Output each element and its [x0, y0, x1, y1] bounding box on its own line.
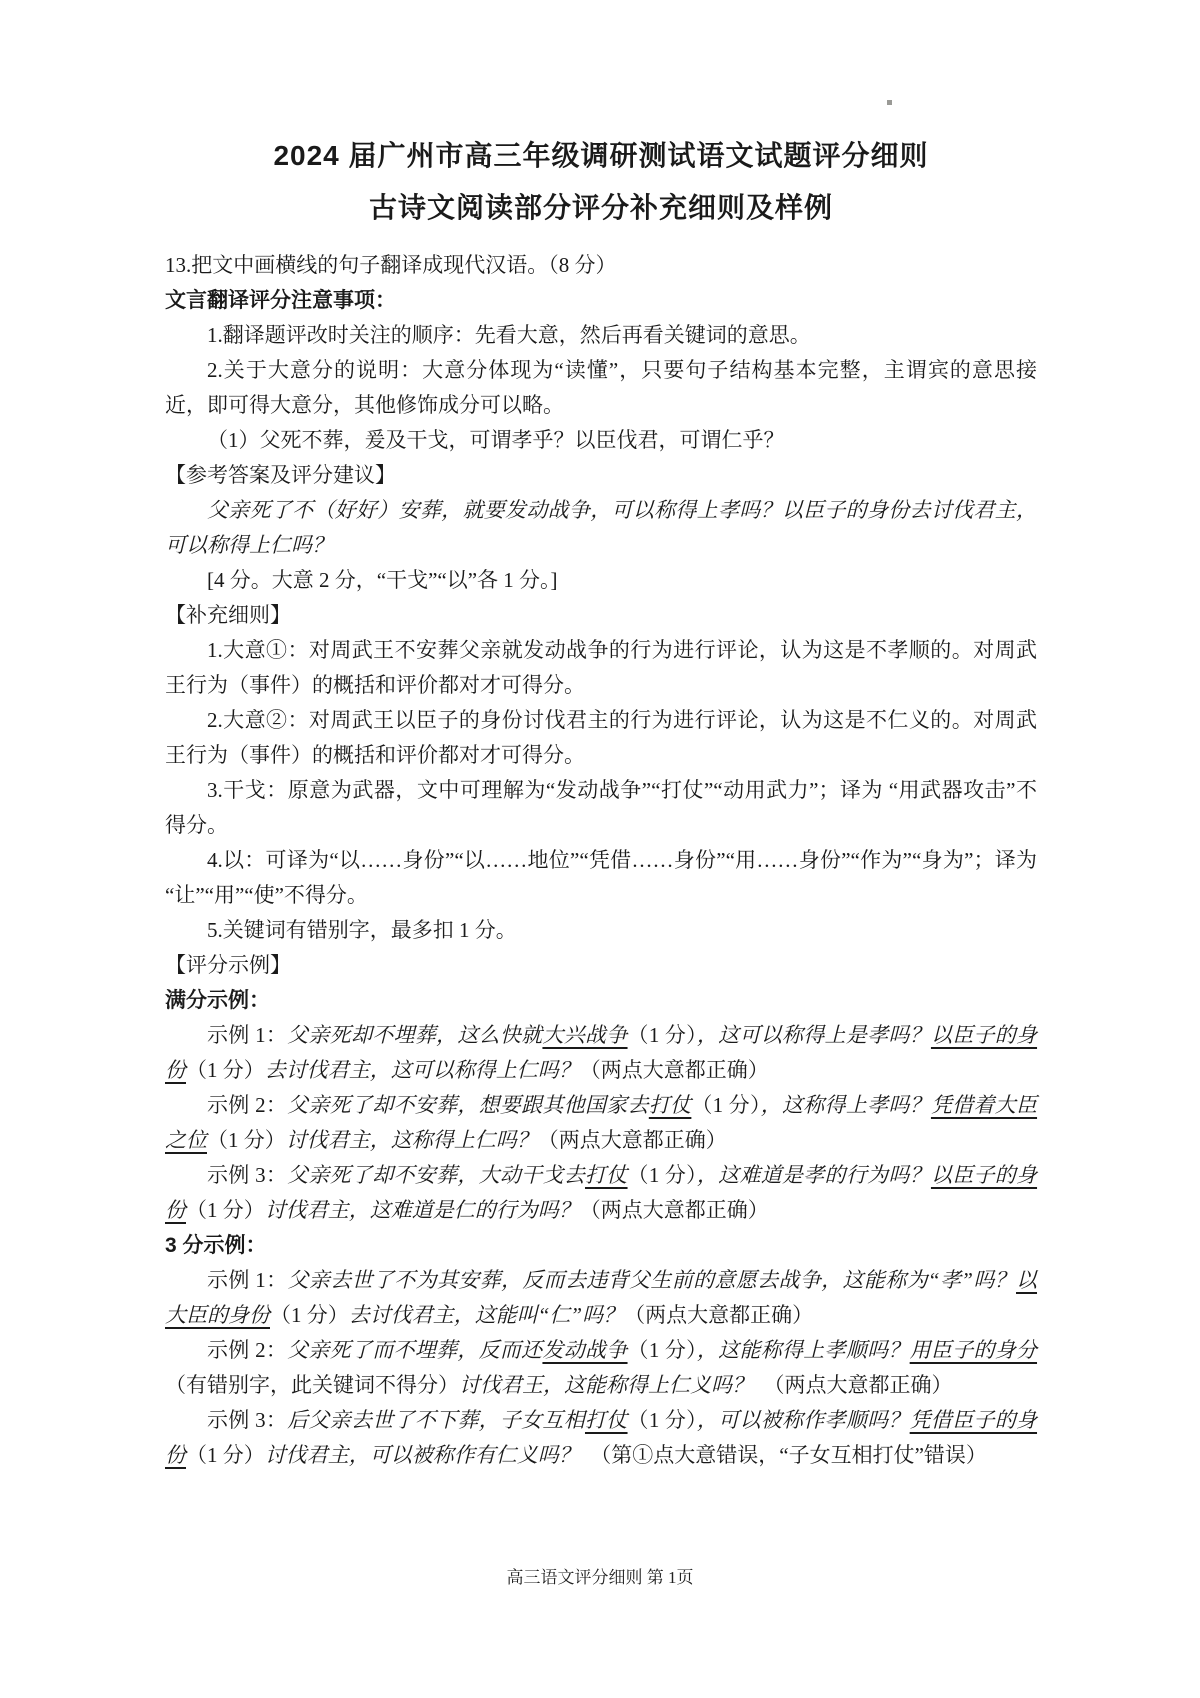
text-segment: 讨伐君主，这难道是仁的行为吗？: [265, 1198, 580, 1222]
text-segment: [4 分。大意 2 分，“干戈”“以”各 1 分。]: [207, 568, 558, 592]
page-footer: 高三语文评分细则 第 1页: [0, 1566, 1200, 1590]
text-segment: （1 分）: [691, 1093, 760, 1117]
text-segment: 示例 2：: [207, 1338, 287, 1362]
text-segment: （1 分）: [186, 1198, 265, 1222]
text-segment: 示例 1：: [207, 1023, 287, 1047]
three-point-example-2: 示例 2：父亲死了而不埋葬，反而还发动战争（1 分），这能称得上孝顺吗？用臣子的…: [165, 1333, 1037, 1403]
text-segment: 13.把文中画横线的句子翻译成现代汉语。（8 分）: [165, 253, 617, 277]
text-segment: 5.关键词有错别字，最多扣 1 分。: [207, 918, 517, 942]
text-segment: （两点大意都正确）: [580, 1198, 769, 1222]
scan-artifact-dot: [887, 100, 892, 105]
text-segment: 1.大意①：对周武王不安葬父亲就发动战争的行为进行评论，认为这是不孝顺的。对周武…: [165, 638, 1037, 697]
rule-1: 1.大意①：对周武王不安葬父亲就发动战争的行为进行评论，认为这是不孝顺的。对周武…: [165, 633, 1037, 703]
document-body: 13.把文中画横线的句子翻译成现代汉语。（8 分）文言翻译评分注意事项：1.翻译…: [165, 248, 1037, 1473]
text-segment: （两点大意都正确）: [538, 1128, 727, 1152]
text-segment: （1 分）: [628, 1023, 697, 1047]
text-segment: （第①点大意错误，“子女互相打仗”错误）: [580, 1443, 987, 1467]
text-segment: （1 分）: [270, 1303, 349, 1327]
text-segment: 父亲死了不（好好）安葬，就要发动战争，可以称得上孝吗？以臣子的身份去讨伐君主，可…: [165, 498, 1037, 557]
text-segment: ，可以被称作孝顺吗？: [697, 1408, 910, 1432]
text-segment: 3.干戈：原意为武器，文中可理解为“发动战争”“打仗”“动用武力”；译为 “用武…: [165, 778, 1037, 837]
text-segment: 后父亲去世了不下葬，子女互相: [287, 1408, 585, 1432]
text-segment: 1.翻译题评改时关注的顺序：先看大意，然后再看关键词的意思。: [207, 323, 811, 347]
supplementary-rules-heading: 【补充细则】: [165, 598, 1037, 633]
text-segment: 去讨伐君主，这能叫“仁”吗？: [349, 1303, 624, 1327]
text-segment: 父亲死了而不埋葬，反而还: [287, 1338, 542, 1362]
underlined-text: 用臣子的身分: [910, 1338, 1037, 1362]
text-segment: 讨伐君主，这称得上仁吗？: [286, 1128, 538, 1152]
text-segment: （1 分）: [628, 1408, 697, 1432]
text-segment: ，这称得上孝吗？: [761, 1093, 931, 1117]
document-page: 2024 届广州市高三年级调研测试语文试题评分细则 古诗文阅读部分评分补充细则及…: [165, 130, 1037, 1473]
rule-5: 5.关键词有错别字，最多扣 1 分。: [165, 913, 1037, 948]
text-segment: 2.关于大意分的说明：大意分体现为“读懂”，只要句子结构基本完整，主谓宾的意思接…: [165, 358, 1037, 417]
text-segment: ，这能称得上孝顺吗？: [697, 1338, 910, 1362]
text-segment: （1 分）: [207, 1128, 286, 1152]
text-segment: 示例 2：: [207, 1093, 287, 1117]
note-2: 2.关于大意分的说明：大意分体现为“读懂”，只要句子结构基本完整，主谓宾的意思接…: [165, 353, 1037, 423]
underlined-text: 发动战争: [542, 1338, 627, 1362]
text-segment: 2.大意②：对周武王以臣子的身份讨伐君主的行为进行评论，认为这是不仁义的。对周武…: [165, 708, 1037, 767]
full-score-example-3: 示例 3：父亲死了却不安葬，大动干戈去打仗（1 分），这难道是孝的行为吗？以臣子…: [165, 1158, 1037, 1228]
three-point-example-1: 示例 1：父亲去世了不为其安葬，反而去违背父生前的意愿去战争，这能称为“孝”吗？…: [165, 1263, 1037, 1333]
text-segment: 文言翻译评分注意事项：: [165, 289, 396, 312]
text-segment: （两点大意都正确）: [624, 1303, 813, 1327]
rule-3: 3.干戈：原意为武器，文中可理解为“发动战争”“打仗”“动用武力”；译为 “用武…: [165, 773, 1037, 843]
translation-notes-heading: 文言翻译评分注意事项：: [165, 283, 1037, 318]
text-segment: （1 分）: [628, 1338, 697, 1362]
text-segment: 父亲死了却不安葬，大动干戈去: [287, 1163, 585, 1187]
text-segment: 示例 3：: [207, 1408, 287, 1432]
reference-answer: 父亲死了不（好好）安葬，就要发动战争，可以称得上孝吗？以臣子的身份去讨伐君主，可…: [165, 493, 1037, 563]
text-segment: 满分示例：: [165, 989, 270, 1012]
three-point-heading: 3 分示例：: [165, 1228, 1037, 1263]
text-segment: 示例 3：: [207, 1163, 287, 1187]
text-segment: 讨伐君主，可以被称作有仁义吗？: [265, 1443, 580, 1467]
underlined-text: 打仗: [585, 1163, 628, 1187]
reference-answer-heading: 【参考答案及评分建议】: [165, 458, 1037, 493]
text-segment: 【补充细则】: [165, 603, 291, 627]
rule-2: 2.大意②：对周武王以臣子的身份讨伐君主的行为进行评论，认为这是不仁义的。对周武…: [165, 703, 1037, 773]
text-segment: 父亲死了却不安葬，想要跟其他国家去: [287, 1093, 649, 1117]
text-segment: 父亲死却不埋葬，这么快就: [287, 1023, 542, 1047]
note-1: 1.翻译题评改时关注的顺序：先看大意，然后再看关键词的意思。: [165, 318, 1037, 353]
text-segment: ，这难道是孝的行为吗？: [697, 1163, 931, 1187]
document-title-line-2: 古诗文阅读部分评分补充细则及样例: [165, 182, 1037, 234]
text-segment: 4.以：可译为“以……身份”“以……地位”“凭借……身份”“用……身份”“作为”…: [165, 848, 1037, 907]
underlined-text: 大兴战争: [542, 1023, 627, 1047]
rule-4: 4.以：可译为“以……身份”“以……地位”“凭借……身份”“用……身份”“作为”…: [165, 843, 1037, 913]
text-segment: （两点大意都正确）: [753, 1373, 953, 1397]
full-score-example-2: 示例 2：父亲死了却不安葬，想要跟其他国家去打仗（1 分），这称得上孝吗？凭借着…: [165, 1088, 1037, 1158]
full-score-example-1: 示例 1：父亲死却不埋葬，这么快就大兴战争（1 分），这可以称得上是孝吗？以臣子…: [165, 1018, 1037, 1088]
text-segment: 示例 1：: [207, 1268, 288, 1292]
text-segment: 去讨伐君主，这可以称得上仁吗？: [265, 1058, 580, 1082]
text-segment: 父亲去世了不为其安葬，反而去违背父生前的意愿去战争，这能称为“孝”吗？: [288, 1268, 1017, 1292]
score-allocation: [4 分。大意 2 分，“干戈”“以”各 1 分。]: [165, 563, 1037, 598]
text-segment: ，这可以称得上是孝吗？: [697, 1023, 931, 1047]
sentence-1: （1）父死不葬，爰及干戈，可谓孝乎？以臣伐君，可谓仁乎？: [165, 423, 1037, 458]
text-segment: （1 分）: [186, 1443, 265, 1467]
text-segment: 讨伐君王，这能称得上仁义吗？: [459, 1373, 753, 1397]
text-segment: （1 分）: [628, 1163, 697, 1187]
text-segment: （1）父死不葬，爰及干戈，可谓孝乎？以臣伐君，可谓仁乎？: [207, 428, 785, 452]
three-point-example-3: 示例 3：后父亲去世了不下葬，子女互相打仗（1 分），可以被称作孝顺吗？凭借臣子…: [165, 1403, 1037, 1473]
question-13: 13.把文中画横线的句子翻译成现代汉语。（8 分）: [165, 248, 1037, 283]
text-segment: 【评分示例】: [165, 953, 291, 977]
underlined-text: 打仗: [649, 1093, 692, 1117]
text-segment: （两点大意都正确）: [580, 1058, 769, 1082]
full-score-heading: 满分示例：: [165, 983, 1037, 1018]
scoring-examples-heading: 【评分示例】: [165, 948, 1037, 983]
text-segment: 【参考答案及评分建议】: [165, 463, 396, 487]
title-block: 2024 届广州市高三年级调研测试语文试题评分细则 古诗文阅读部分评分补充细则及…: [165, 130, 1037, 234]
text-segment: 3 分示例：: [165, 1234, 267, 1257]
text-segment: （1 分）: [186, 1058, 265, 1082]
document-title-line-1: 2024 届广州市高三年级调研测试语文试题评分细则: [165, 130, 1037, 182]
underlined-text: 打仗: [585, 1408, 628, 1432]
text-segment: （有错别字，此关键词不得分）: [165, 1373, 459, 1397]
